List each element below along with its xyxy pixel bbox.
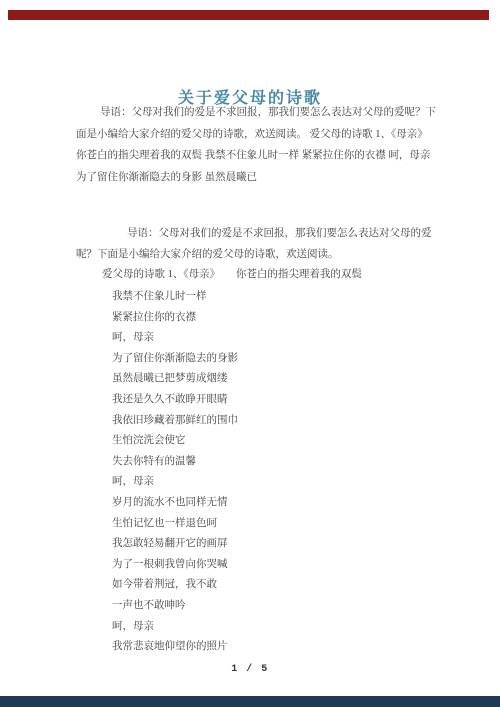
poem-line: 紧紧拉住你的衣襟 bbox=[112, 308, 238, 329]
poem-line: 我还是久久不敢睁开眼睛 bbox=[112, 390, 238, 411]
poem-line: 我怎敢轻易翻开它的画屏 bbox=[112, 534, 238, 555]
lead-line: 导语：父母对我们的爱是不求回报，那我们要怎么表达对父母的爱 bbox=[76, 224, 436, 245]
intro-line: 你苍白的指尖理着我的双鬓 我禁不住象儿时一样 紧紧拉住你的衣襟 呵，母亲 bbox=[76, 145, 436, 167]
poem-heading: 爱父母的诗歌 1、《母亲》 你苍白的指尖理着我的双鬓 bbox=[102, 266, 362, 281]
poem-line: 为了一根刺我曾向你哭喊 bbox=[112, 555, 238, 576]
poem-line: 岁月的流水不也同样无情 bbox=[112, 493, 238, 514]
poem-line: 生怕记忆也一样退色呵 bbox=[112, 514, 238, 535]
lead-line: 呢？下面是小编给大家介绍的爱父母的诗歌，欢送阅读。 bbox=[76, 245, 436, 266]
intro-line: 导语：父母对我们的爱是不求回报，那我们要怎么表达对父母的爱呢？下 bbox=[76, 102, 436, 124]
lead-paragraph: 导语：父母对我们的爱是不求回报，那我们要怎么表达对父母的爱 呢？下面是小编给大家… bbox=[76, 224, 436, 265]
top-accent-bar bbox=[8, 10, 489, 20]
intro-paragraph: 导语：父母对我们的爱是不求回报，那我们要怎么表达对父母的爱呢？下 面是小编给大家… bbox=[76, 102, 436, 188]
bottom-accent-bar bbox=[0, 696, 500, 707]
poem-line: 为了留住你渐渐隐去的身影 bbox=[112, 349, 238, 370]
poem-line: 我禁不住象儿时一样 bbox=[112, 287, 238, 308]
poem-line: 一声也不敢呻吟 bbox=[112, 596, 238, 617]
intro-line: 为了留住你渐渐隐去的身影 虽然晨曦已 bbox=[76, 167, 436, 189]
poem-line: 虽然晨曦已把梦剪成烟缕 bbox=[112, 369, 238, 390]
poem-line: 失去你特有的温馨 bbox=[112, 452, 238, 473]
poem-body: 我禁不住象儿时一样 紧紧拉住你的衣襟 呵，母亲 为了留住你渐渐隐去的身影 虽然晨… bbox=[112, 287, 238, 658]
intro-line: 面是小编给大家介绍的爱父母的诗歌，欢送阅读。 爱父母的诗歌 1、《母亲》 bbox=[76, 124, 436, 146]
document-page: 关于爱父母的诗歌 导语：父母对我们的爱是不求回报，那我们要怎么表达对父母的爱呢？… bbox=[0, 0, 500, 707]
poem-line: 生怕浣洗会使它 bbox=[112, 431, 238, 452]
page-number-indicator: 1 / 5 bbox=[0, 664, 500, 675]
poem-line: 呵，母亲 bbox=[112, 328, 238, 349]
poem-line: 呵，母亲 bbox=[112, 472, 238, 493]
poem-line: 如今带着荆冠，我不敢 bbox=[112, 575, 238, 596]
poem-line: 我常悲哀地仰望你的照片 bbox=[112, 637, 238, 658]
poem-line: 呵，母亲 bbox=[112, 617, 238, 638]
poem-line: 我依旧珍藏着那鲜红的围巾 bbox=[112, 411, 238, 432]
